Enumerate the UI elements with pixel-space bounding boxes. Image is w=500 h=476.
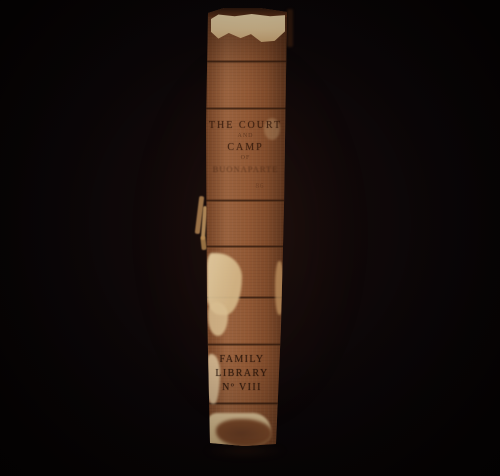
title-line: BUONAPARTE: [202, 163, 289, 175]
raised-band-2: [204, 107, 290, 110]
series-label-line: Nº VIII: [200, 381, 284, 395]
book-shadow: [203, 443, 287, 459]
series-label-line: LIBRARY: [200, 367, 284, 381]
series-label-line: FAMILY: [200, 353, 284, 367]
raised-band-7: [204, 402, 290, 405]
series-label: FAMILY LIBRARY Nº VIII: [200, 353, 284, 395]
spine-title: THE COURT AND CAMP OF BUONAPARTE: [202, 119, 289, 175]
title-line: AND: [202, 132, 289, 141]
price-mark: 86: [250, 182, 270, 190]
raised-band-3: [204, 199, 290, 202]
title-line: OF: [202, 154, 289, 163]
board-edge-sliver: [287, 9, 293, 47]
title-line: THE COURT: [202, 119, 289, 132]
title-line: CAMP: [202, 141, 289, 154]
raised-band-4: [204, 245, 290, 248]
raised-band-6: [204, 343, 290, 346]
photo-canvas: THE COURT AND CAMP OF BUONAPARTE 86 FAMI…: [0, 0, 500, 476]
raised-band-1: [204, 60, 290, 63]
